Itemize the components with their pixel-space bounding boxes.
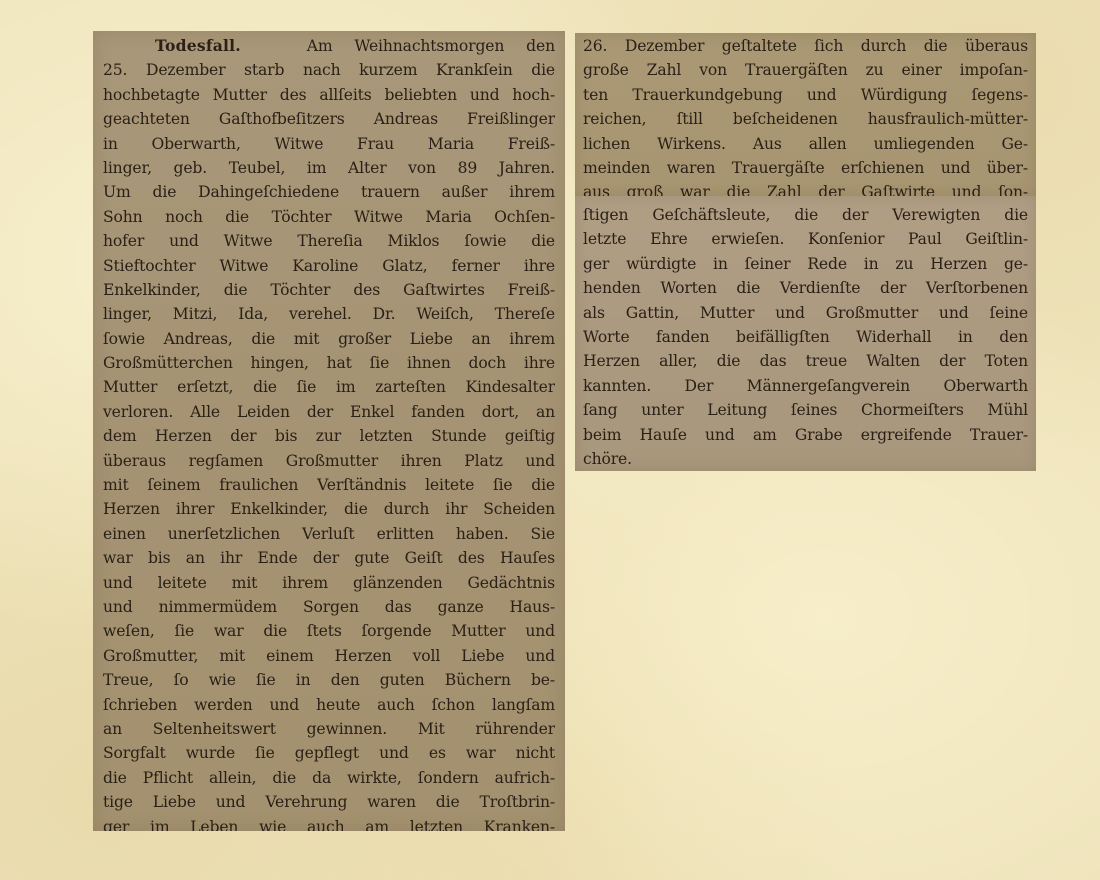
text-line: meinden waren Trauergäſte erſchienen und…: [583, 156, 1028, 180]
text-line: Mutter erſetzt, die ſie im zarteſten Kin…: [103, 375, 555, 399]
text-line: ſchrieben werden und heute auch ſchon la…: [103, 693, 555, 717]
text-line: Großmütterchen hingen, hat ſie ihnen doc…: [103, 351, 555, 375]
text-line: Stieftochter Witwe Karoline Glatz, ferne…: [103, 254, 555, 278]
text-line: die Pflicht allein, die da wirkte, ſonde…: [103, 766, 555, 790]
text-line: beim Hauſe und am Grabe ergreifende Trau…: [583, 423, 1028, 447]
newspaper-clipping-right-bottom: ſtigen Geſchäftsleute, die der Verewigte…: [575, 196, 1036, 471]
text-line: chöre.: [583, 447, 1028, 471]
text-line: war bis an ihr Ende der gute Geiſt des H…: [103, 546, 555, 570]
text-line: aus groß war die Zahl der Gaſtwirte und …: [583, 180, 1028, 196]
newspaper-clipping-left-column: Todesfall. Am Weihnachtsmorgen den 25. D…: [93, 31, 565, 831]
newspaper-clipping-right-top: 26. Dezember geſtaltete ſich durch die ü…: [575, 33, 1036, 196]
text-line: henden Worten die Verdienſte der Verſtor…: [583, 276, 1028, 300]
text-line: dem Herzen der bis zur letzten Stunde ge…: [103, 424, 555, 448]
text-line: Herzen aller, die das treue Walten der T…: [583, 349, 1028, 373]
text-line: ger im Leben wie auch am letzten Kranken…: [103, 815, 555, 832]
text-line: ſang unter Leitung ſeines Chormeiſters M…: [583, 398, 1028, 422]
text-line: geachteten Gaſthofbeſitzers Andreas Frei…: [103, 107, 555, 131]
text-line: Treue, ſo wie ſie in den guten Büchern b…: [103, 668, 555, 692]
text-line: Sohn noch die Töchter Witwe Maria Ochſen…: [103, 205, 555, 229]
text-line: ger würdigte in ſeiner Rede in zu Herzen…: [583, 252, 1028, 276]
text-line: kannten. Der Männergeſangverein Oberwart…: [583, 374, 1028, 398]
text-line: Enkelkinder, die Töchter des Gaſtwirtes …: [103, 278, 555, 302]
text-line: lichen Wirkens. Aus allen umliegenden Ge…: [583, 132, 1028, 156]
text-line: weſen, ſie war die ſtets ſorgende Mutter…: [103, 619, 555, 643]
text-line: verloren. Alle Leiden der Enkel fanden d…: [103, 400, 555, 424]
text-line: mit ſeinem fraulichen Verſtändnis leitet…: [103, 473, 555, 497]
text-line: tige Liebe und Verehrung waren die Troſt…: [103, 790, 555, 814]
text-line: Todesfall. Am Weihnachtsmorgen den: [103, 34, 555, 58]
text-line: letzte Ehre erwieſen. Konſenior Paul Gei…: [583, 227, 1028, 251]
text-line: linger, Mitzi, Ida, verehel. Dr. Weiſch,…: [103, 302, 555, 326]
text-line: in Oberwarth, Witwe Frau Maria Freiß-: [103, 132, 555, 156]
text-line: an Seltenheitswert gewinnen. Mit rührend…: [103, 717, 555, 741]
text-line: ſtigen Geſchäftsleute, die der Verewigte…: [583, 203, 1028, 227]
text-line: 26. Dezember geſtaltete ſich durch die ü…: [583, 34, 1028, 58]
text-line: hofer und Witwe Thereſia Miklos ſowie di…: [103, 229, 555, 253]
text-line: Sorgfalt wurde ſie gepflegt und es war n…: [103, 741, 555, 765]
text-line: Um die Dahingeſchiedene trauern außer ih…: [103, 180, 555, 204]
text-line: als Gattin, Mutter und Großmutter und ſe…: [583, 301, 1028, 325]
text-line: reichen, ſtill beſcheidenen hausfraulich…: [583, 107, 1028, 131]
text-line: hochbetagte Mutter des allſeits beliebte…: [103, 83, 555, 107]
text-line: ten Trauerkundgebung und Würdigung ſegen…: [583, 83, 1028, 107]
text-line: überaus regſamen Großmutter ihren Platz …: [103, 449, 555, 473]
text-line: einen unerſetzlichen Verluſt erlitten ha…: [103, 522, 555, 546]
text-line: und nimmermüdem Sorgen das ganze Haus-: [103, 595, 555, 619]
text-line: Worte fanden beifälligſten Widerhall in …: [583, 325, 1028, 349]
text-line: Herzen ihrer Enkelkinder, die durch ihr …: [103, 497, 555, 521]
text-line: 25. Dezember starb nach kurzem Krankſein…: [103, 58, 555, 82]
text-line: ſowie Andreas, die mit großer Liebe an i…: [103, 327, 555, 351]
text-line: und leitete mit ihrem glänzenden Gedächt…: [103, 571, 555, 595]
text-line: Großmutter, mit einem Herzen voll Liebe …: [103, 644, 555, 668]
text-line: große Zahl von Trauergäſten zu einer imp…: [583, 58, 1028, 82]
text-line: linger, geb. Teubel, im Alter von 89 Jah…: [103, 156, 555, 180]
article-headline: Todesfall.: [155, 36, 241, 55]
